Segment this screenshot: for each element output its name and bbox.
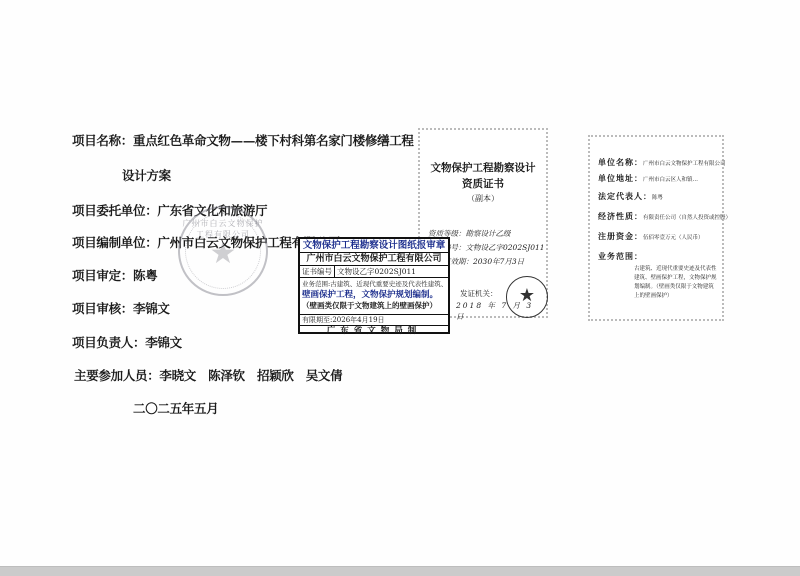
compiler-label: 项目编制单位：	[72, 235, 157, 250]
bottom-scrollbar-track[interactable]	[0, 566, 800, 576]
cert-row: 业务范围：	[598, 251, 643, 262]
cert-row: 法定代表人：陈粤	[598, 191, 663, 202]
review-stamp-validity: 有限期至:2026年4月19日	[300, 315, 448, 326]
review-stamp-company: 广州市白云文物保护工程有限公司	[300, 253, 448, 266]
cert-scope-text: 古建筑、近现代重要史迹及代表性建筑、壁画保护工程，文物保护规划编制。（壁画类仅限…	[634, 265, 718, 301]
participant: 吴文倩	[306, 368, 343, 383]
review-stamp-issuer: 广东省文物局制	[300, 326, 448, 337]
approver-line: 项目审定：陈粤	[72, 266, 157, 284]
qualification-certificate-back: 单位名称：广州市白云文物保护工程有限公司 单位地址：广州市白云区人和镇… 法定代…	[588, 135, 724, 321]
project-name-line2: 设计方案	[122, 166, 171, 184]
participants-line: 主要参加人员：李晓文 陈泽钦 招颖欣 吴文倩	[74, 366, 342, 384]
star-icon: ★	[507, 285, 547, 306]
participant: 陈泽钦	[208, 368, 245, 383]
drawing-review-stamp: 文物保护工程勘察设计图纸报审章 广州市白云文物保护工程有限公司 证书编号 文物设…	[298, 237, 450, 334]
participant: 李晓文	[159, 368, 196, 383]
review-stamp-cert-no: 证书编号 文物设乙字0202SJ011	[300, 266, 448, 278]
review-stamp-scope: 业务范围:古建筑、近现代重要史迹及代表性建筑、 壁画保护工程，文物保护规划编制。…	[300, 278, 448, 315]
reviewer-line: 项目审核：李锦文	[72, 299, 170, 317]
cert-row: 单位名称：广州市白云文物保护工程有限公司	[598, 157, 726, 168]
lead-value: 李锦文	[145, 335, 182, 350]
review-stamp-title: 文物保护工程勘察设计图纸报审章	[300, 239, 448, 253]
approver-value: 陈粤	[133, 268, 157, 283]
participant: 招颖欣	[257, 368, 294, 383]
client-label: 项目委托单位：	[72, 203, 157, 218]
reviewer-label: 项目审核：	[72, 301, 133, 316]
cert-title: 文物保护工程勘察设计 资质证书	[420, 160, 546, 192]
star-icon: ★	[180, 236, 266, 271]
document-date: 二〇二五年五月	[133, 399, 218, 417]
cert-row: 注册资金：伍佰零壹万元（人民币）	[598, 231, 704, 242]
company-seal: 广州市白云文物保护工程有限公司 ★	[178, 206, 268, 296]
official-seal: ★	[506, 276, 548, 318]
project-name-label: 项目名称：	[72, 133, 133, 148]
cert-row: 经济性质：有限责任公司（自然人投资或控股）	[598, 211, 731, 222]
lead-line: 项目负责人：李锦文	[72, 333, 182, 351]
cert-subtitle: （副本）	[420, 193, 546, 204]
approver-label: 项目审定：	[72, 268, 133, 283]
reviewer-value: 李锦文	[133, 301, 170, 316]
project-name-line: 项目名称：重点红色革命文物——楼下村科第名家门楼修缮工程	[72, 131, 414, 149]
lead-label: 项目负责人：	[72, 335, 145, 350]
project-name-value: 重点红色革命文物——楼下村科第名家门楼修缮工程	[133, 133, 414, 148]
cert-row: 单位地址：广州市白云区人和镇…	[598, 173, 698, 184]
participants-label: 主要参加人员：	[74, 368, 159, 383]
cert-issuer-label: 发证机关：	[460, 288, 498, 299]
document-page: 项目名称：重点红色革命文物——楼下村科第名家门楼修缮工程 设计方案 项目委托单位…	[0, 0, 800, 566]
